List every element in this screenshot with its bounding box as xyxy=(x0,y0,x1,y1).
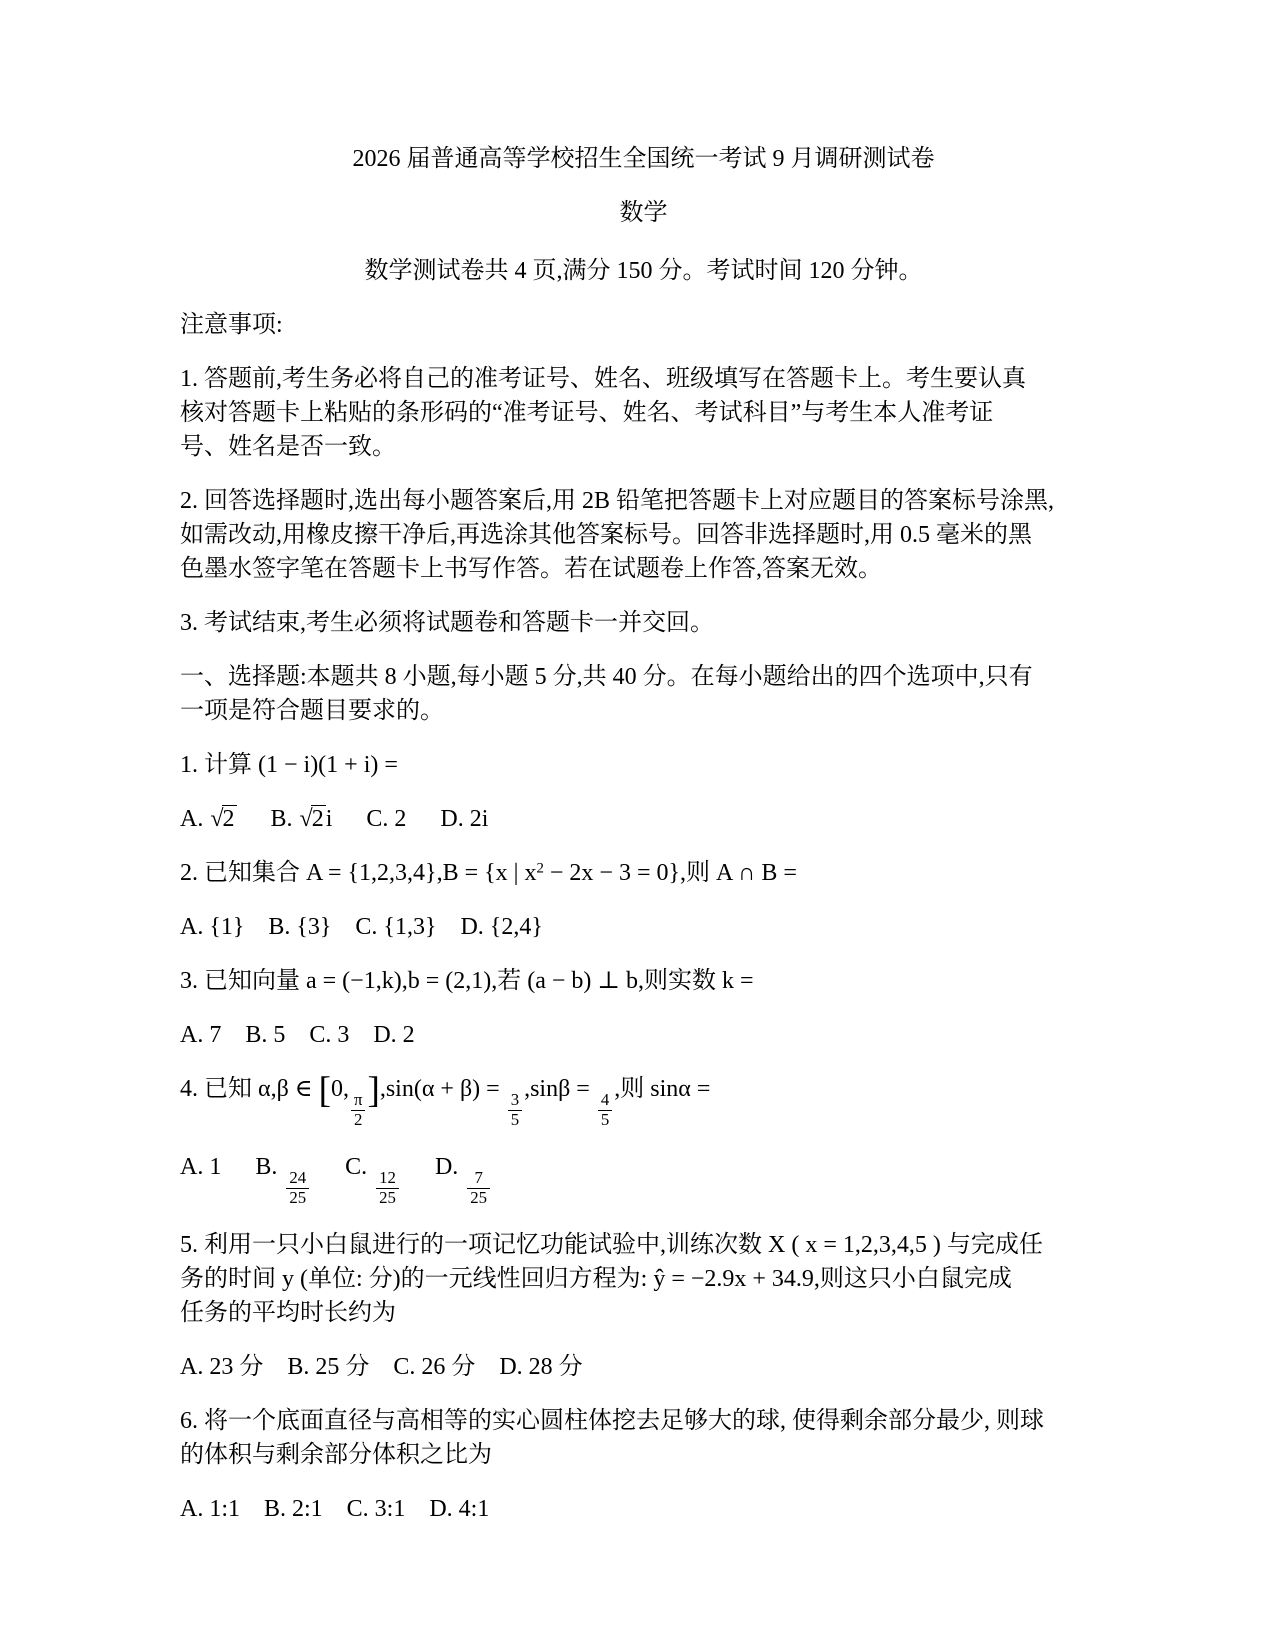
left-bracket: [ xyxy=(319,1070,331,1111)
numerator: 7 xyxy=(467,1169,490,1188)
option-label: B. xyxy=(255,1154,277,1180)
q6-stem: 6. 将一个底面直径与高相等的实心圆柱体挖去足够大的球, 使得剩余部分最少, 则… xyxy=(180,1404,1107,1472)
right-bracket: ] xyxy=(367,1070,379,1111)
q4-option-a: A. 1 xyxy=(180,1154,221,1180)
numerator: 3 xyxy=(508,1091,522,1110)
option-label: D. xyxy=(435,1154,458,1180)
q6-options: A. 1:1 B. 2:1 C. 3:1 D. 4:1 xyxy=(180,1492,1107,1526)
q3-options: A. 7 B. 5 C. 3 D. 2 xyxy=(180,1018,1107,1052)
denominator: 25 xyxy=(467,1188,490,1208)
sqrt-expression: √2 xyxy=(210,806,236,832)
q1-option-d: D. 2i xyxy=(440,806,488,832)
denominator: 5 xyxy=(508,1110,522,1130)
q3-stem: 3. 已知向量 a = (−1,k),b = (2,1),若 (a − b) ⊥… xyxy=(180,964,1107,998)
q2-options: A. {1} B. {3} C. {1,3} D. {2,4} xyxy=(180,910,1107,944)
exam-subject: 数学 xyxy=(180,196,1107,230)
exam-paper-page: 2026 届普通高等学校招生全国统一考试 9 月调研测试卷 数学 数学测试卷共 … xyxy=(0,0,1275,1650)
fraction-pi-over-2: π2 xyxy=(351,1091,365,1130)
fraction-4-over-5: 45 xyxy=(598,1091,612,1130)
numerator: 24 xyxy=(286,1169,309,1188)
q4-options: A. 1B.2425C.1225D.725 xyxy=(180,1150,1107,1208)
fraction-3-over-5: 35 xyxy=(508,1091,522,1130)
fraction-7-over-25: 725 xyxy=(467,1169,490,1208)
numerator: 4 xyxy=(598,1091,612,1110)
exponent: 2 xyxy=(536,860,543,876)
radicand: 2 xyxy=(311,805,326,833)
notice-item-1: 1. 答题前,考生务必将自己的准考证号、姓名、班级填写在答题卡上。考生要认真 核… xyxy=(180,362,1107,464)
notice-heading: 注意事项: xyxy=(180,308,1107,342)
numerator: π xyxy=(351,1091,365,1110)
numerator: 12 xyxy=(376,1169,399,1188)
stem-text: 4. 已知 α,β ∈ xyxy=(180,1076,319,1102)
q4-option-d: D.725 xyxy=(435,1154,492,1180)
stem-text: ,sinβ = xyxy=(524,1076,596,1102)
q4-option-b: B.2425 xyxy=(255,1154,311,1180)
q5-stem: 5. 利用一只小白鼠进行的一项记忆功能试验中,训练次数 X ( x = 1,2,… xyxy=(180,1228,1107,1330)
radicand: 2 xyxy=(222,805,237,833)
q1-option-c: C. 2 xyxy=(366,806,406,832)
q5-options: A. 23 分 B. 25 分 C. 26 分 D. 28 分 xyxy=(180,1350,1107,1384)
option-label: B. xyxy=(271,806,293,832)
fraction-12-over-25: 1225 xyxy=(376,1169,399,1208)
sqrt-expression: √2 xyxy=(300,806,326,832)
stem-text: ,sin(α + β) = xyxy=(380,1076,506,1102)
exam-info-line: 数学测试卷共 4 页,满分 150 分。考试时间 120 分钟。 xyxy=(180,254,1107,288)
option-suffix: i xyxy=(326,806,333,832)
q1-option-b: B.√2i xyxy=(271,806,333,832)
denominator: 5 xyxy=(598,1110,612,1130)
stem-text: − 2x − 3 = 0},则 A ∩ B = xyxy=(544,860,797,886)
notice-item-2: 2. 回答选择题时,选出每小题答案后,用 2B 铅笔把答题卡上对应题目的答案标号… xyxy=(180,484,1107,586)
q1-stem: 1. 计算 (1 − i)(1 + i) = xyxy=(180,748,1107,782)
denominator: 2 xyxy=(351,1110,365,1130)
notice-item-3: 3. 考试结束,考生必须将试题卷和答题卡一并交回。 xyxy=(180,606,1107,640)
option-label: A. xyxy=(180,806,203,832)
interval-start: 0, xyxy=(331,1076,349,1102)
stem-text: 2. 已知集合 A = {1,2,3,4},B = {x | x xyxy=(180,860,536,886)
q2-stem: 2. 已知集合 A = {1,2,3,4},B = {x | x2 − 2x −… xyxy=(180,856,1107,890)
option-label: C. xyxy=(345,1154,367,1180)
stem-text: ,则 sinα = xyxy=(614,1076,710,1102)
q4-stem: 4. 已知 α,β ∈ [0,π2],sin(α + β) = 35,sinβ … xyxy=(180,1072,1107,1130)
section-one-heading: 一、选择题:本题共 8 小题,每小题 5 分,共 40 分。在每小题给出的四个选… xyxy=(180,660,1107,728)
denominator: 25 xyxy=(286,1188,309,1208)
denominator: 25 xyxy=(376,1188,399,1208)
q1-options: A.√2B.√2iC. 2D. 2i xyxy=(180,802,1107,836)
fraction-24-over-25: 2425 xyxy=(286,1169,309,1208)
q1-option-a: A.√2 xyxy=(180,806,237,832)
q4-option-c: C.1225 xyxy=(345,1154,401,1180)
exam-title: 2026 届普通高等学校招生全国统一考试 9 月调研测试卷 xyxy=(180,142,1107,176)
